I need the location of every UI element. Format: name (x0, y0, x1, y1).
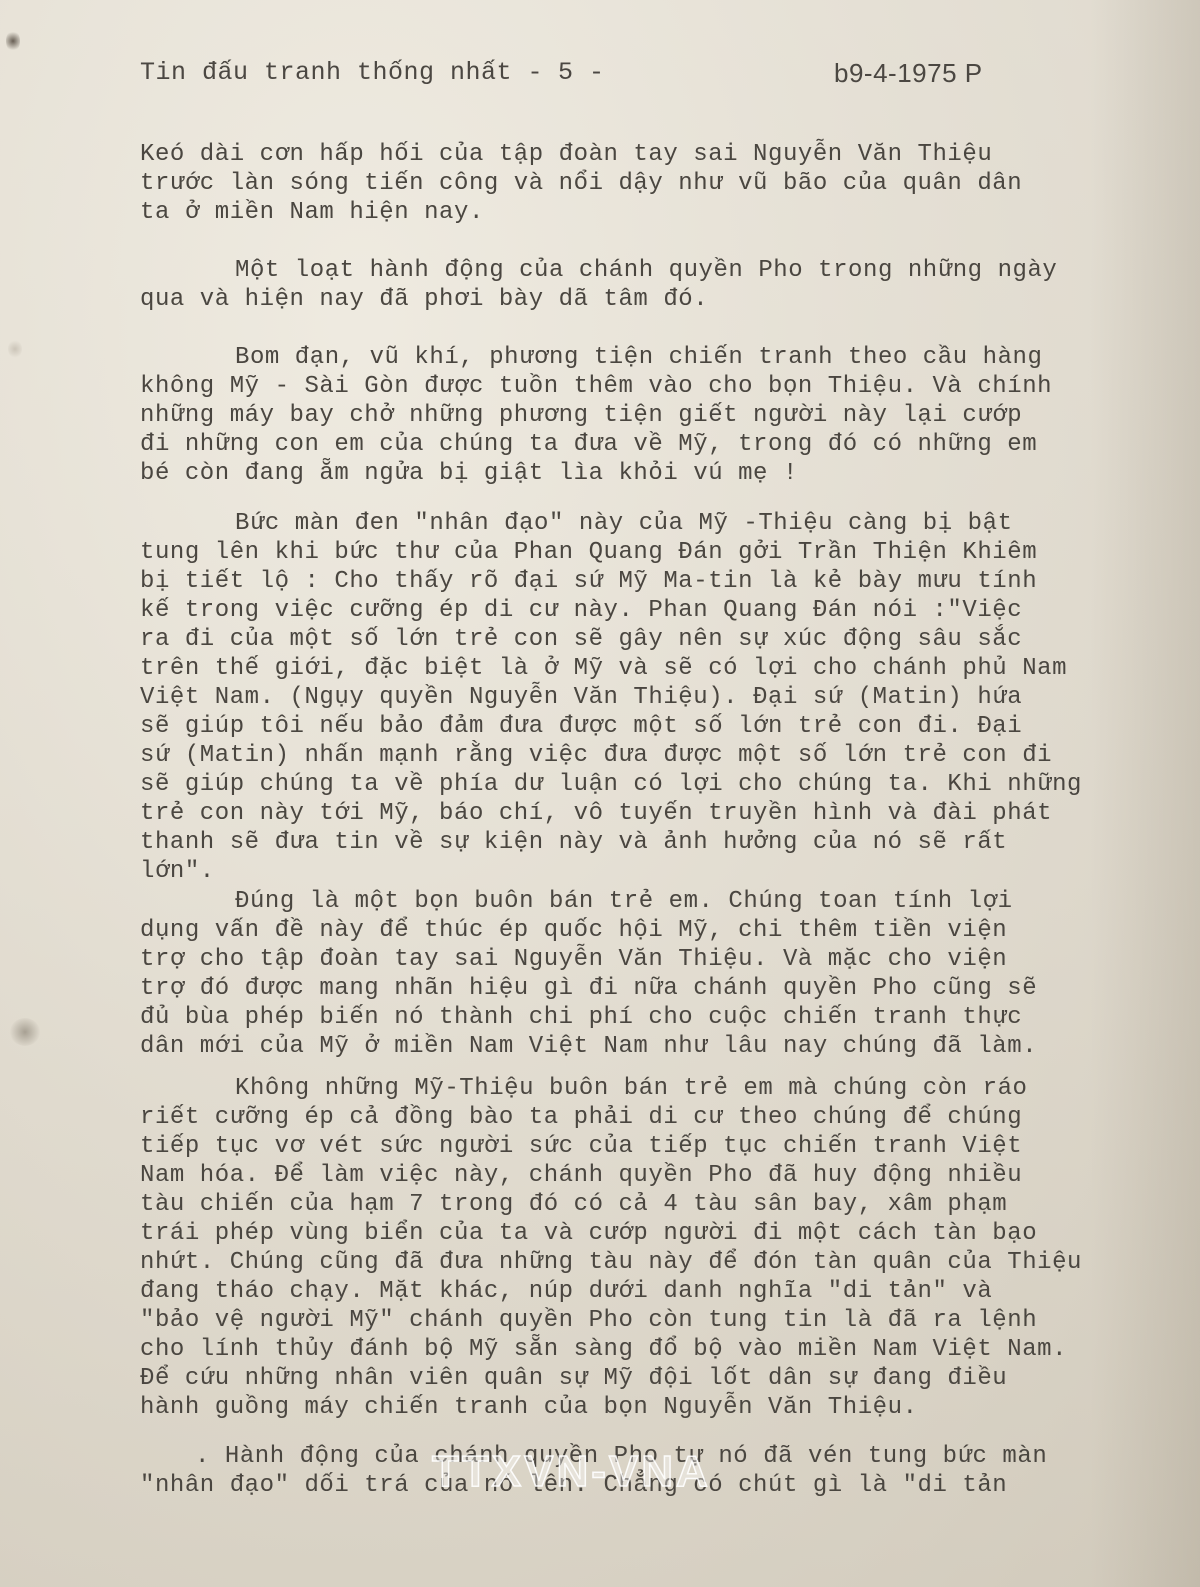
text-line: trợ đó được mang nhãn hiệu gì đi nữa chá… (140, 974, 1037, 1003)
text-line: Keó dài cơn hấp hối của tập đoàn tay sai… (140, 140, 1140, 169)
text-line: Việt Nam. (Ngụy quyền Nguyễn Văn Thiệu).… (140, 683, 1082, 712)
ink-smudge (6, 30, 20, 52)
document-body: Keó dài cơn hấp hối của tập đoàn tay sai… (140, 140, 1140, 227)
paragraph-1: Keó dài cơn hấp hối của tập đoàn tay sai… (140, 140, 1140, 227)
text-line: tung lên khi bức thư của Phan Quang Đán … (140, 538, 1082, 567)
text-line: "bảo vệ người Mỹ" chánh quyền Pho còn tu… (140, 1306, 1082, 1335)
text-line: tiếp tục vơ vét sức người sức của tiếp t… (140, 1132, 1082, 1161)
paragraph-5: Đúng là một bọn buôn bán trẻ em. Chúng t… (140, 887, 1037, 1061)
text-line: kế trong việc cưỡng ép di cư này. Phan Q… (140, 596, 1082, 625)
punch-hole-mark (10, 1018, 40, 1046)
text-line: đang tháo chạy. Mặt khác, núp dưới danh … (140, 1277, 1082, 1306)
bulletin-title: Tin đấu tranh thống nhất - (140, 58, 543, 87)
paper-spot (8, 340, 22, 358)
text-line: hành guồng máy chiến tranh của bọn Nguyễ… (140, 1393, 1082, 1422)
text-line: Bức màn đen "nhân đạo" này của Mỹ -Thiệu… (140, 509, 1082, 538)
text-line: trợ cho tập đoàn tay sai Nguyễn Văn Thiệ… (140, 945, 1037, 974)
paragraph-7: . Hành động của chánh quyền Pho tự nó đã… (140, 1442, 1047, 1500)
document-header: Tin đấu tranh thống nhất - 5 - b9-4-1975… (140, 58, 1040, 92)
text-line: dân mới của Mỹ ở miền Nam Việt Nam như l… (140, 1032, 1037, 1061)
paragraph-4: Bức màn đen "nhân đạo" này của Mỹ -Thiệu… (140, 509, 1082, 886)
typewritten-document-page: Tin đấu tranh thống nhất - 5 - b9-4-1975… (0, 0, 1200, 1587)
text-line: dụng vấn đề này để thúc ép quốc hội Mỹ, … (140, 916, 1037, 945)
text-line: nhứt. Chúng cũng đã đưa những tàu này để… (140, 1248, 1082, 1277)
text-line: trái phép vùng biển của ta và cướp người… (140, 1219, 1082, 1248)
text-line: trẻ con này tới Mỹ, báo chí, vô tuyến tr… (140, 799, 1082, 828)
text-line: riết cưỡng ép cả đồng bào ta phải di cư … (140, 1103, 1082, 1132)
text-line: Không những Mỹ-Thiệu buôn bán trẻ em mà … (140, 1074, 1082, 1103)
text-line: Đúng là một bọn buôn bán trẻ em. Chúng t… (140, 887, 1037, 916)
text-line: cho lính thủy đánh bộ Mỹ sẵn sàng đổ bộ … (140, 1335, 1082, 1364)
text-line: Để cứu những nhân viên quân sự Mỹ đội lố… (140, 1364, 1082, 1393)
text-line: Nam hóa. Để làm việc này, chánh quyền Ph… (140, 1161, 1082, 1190)
text-line: bé còn đang ẵm ngửa bị giật lìa khỏi vú … (140, 459, 1052, 488)
paragraph-6: Không những Mỹ-Thiệu buôn bán trẻ em mà … (140, 1074, 1082, 1422)
text-line: sẽ giúp chúng ta về phía dư luận có lợi … (140, 770, 1082, 799)
paragraph-3: Bom đạn, vũ khí, phương tiện chiến tranh… (140, 343, 1052, 488)
page-number: 5 - (558, 58, 605, 87)
text-line: Một loạt hành động của chánh quyền Pho t… (140, 256, 1057, 285)
text-line: sứ (Matin) nhấn mạnh rằng việc đưa được … (140, 741, 1082, 770)
text-line: ra đi của một số lớn trẻ con sẽ gây nên … (140, 625, 1082, 654)
text-line: đủ bùa phép biến nó thành chi phí cho cu… (140, 1003, 1037, 1032)
text-line: . Hành động của chánh quyền Pho tự nó đã… (140, 1442, 1047, 1471)
text-line: tàu chiến của hạm 7 trong đó có cả 4 tàu… (140, 1190, 1082, 1219)
text-line: những máy bay chở những phương tiện giết… (140, 401, 1052, 430)
text-line: qua và hiện nay đã phơi bày dã tâm đó. (140, 285, 1057, 314)
text-line: lớn". (140, 857, 1082, 886)
paragraph-2: Một loạt hành động của chánh quyền Pho t… (140, 256, 1057, 314)
text-line: bị tiết lộ : Cho thấy rõ đại sứ Mỹ Ma-ti… (140, 567, 1082, 596)
text-line: sẽ giúp tôi nếu bảo đảm đưa được một số … (140, 712, 1082, 741)
text-line: thanh sẽ đưa tin về sự kiện này và ảnh h… (140, 828, 1082, 857)
text-line: trên thế giới, đặc biệt là ở Mỹ và sẽ có… (140, 654, 1082, 683)
text-line: đi những con em của chúng ta đưa về Mỹ, … (140, 430, 1052, 459)
text-line: không Mỹ - Sài Gòn được tuồn thêm vào ch… (140, 372, 1052, 401)
text-line: Bom đạn, vũ khí, phương tiện chiến tranh… (140, 343, 1052, 372)
document-date: b9-4-1975 P (834, 58, 983, 89)
text-line: "nhân đạo" dối trá của nó lên. Chẳng có … (140, 1471, 1047, 1500)
text-line: trước làn sóng tiến công và nổi dậy như … (140, 169, 1140, 198)
text-line: ta ở miền Nam hiện nay. (140, 198, 1140, 227)
